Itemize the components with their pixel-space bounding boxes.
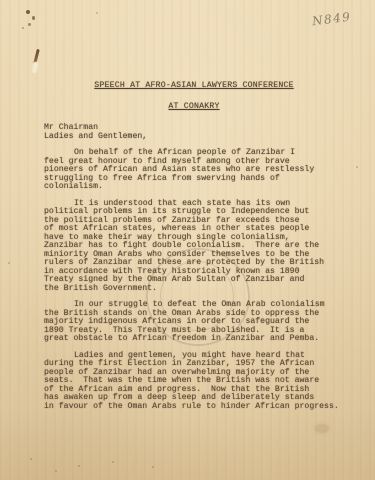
typewritten-text: SPEECH AT AFRO-ASIAN LAWYERS CONFERENCE … [44,82,344,411]
paper-scratch [32,62,38,74]
paper-stain [315,424,329,433]
salutation-ladies-gentlemen: Ladies and Gentlemen, [44,133,344,142]
scanned-document-page: N849 SPEECH AT AFRO-ASIAN LAWYERS CONFER… [0,0,375,480]
rust-speck [26,10,30,14]
rust-speck [28,23,31,26]
paragraph-on-behalf: On behalf of the African people of Zanzi… [44,149,344,192]
rust-speck [32,16,35,20]
paragraph-1890-treaty: In our struggle to defeat the Oman Arab … [44,301,344,344]
paragraph-double-colonialism: It is understood that each state has its… [44,200,344,294]
archival-number-handwritten: N849 [311,10,352,29]
rust-speck [22,27,24,29]
paragraph-1957-election: Ladies and gentlemen, you might have hea… [44,352,344,412]
document-subtitle: AT CONAKRY [168,103,219,112]
title-block: SPEECH AT AFRO-ASIAN LAWYERS CONFERENCE … [44,82,344,111]
document-title: SPEECH AT AFRO-ASIAN LAWYERS CONFERENCE [94,82,293,91]
